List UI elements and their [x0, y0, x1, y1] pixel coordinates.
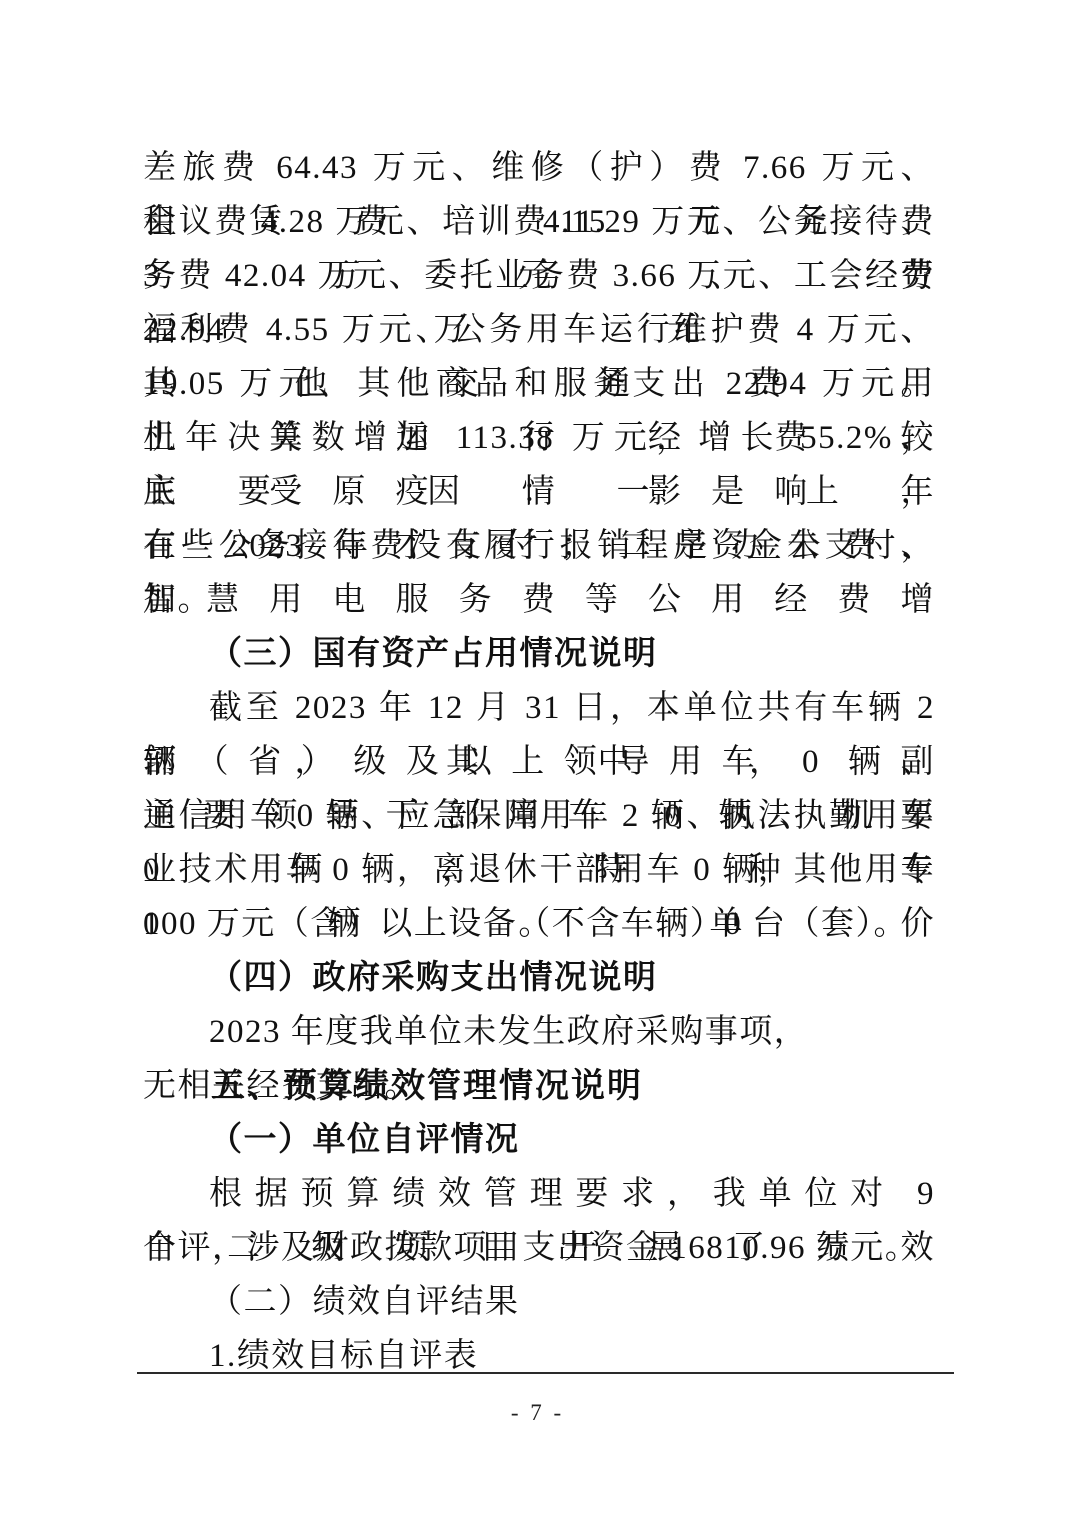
- paragraph-line: 上年决算数增加 113.38 万元，增长 55.2%，主要原因：一是上年: [143, 411, 935, 465]
- heading-subsection-two: （二）绩效自评结果: [143, 1275, 935, 1329]
- paragraph-line: 业技术用车 0 辆，离退休干部用车 0 辆，其他用车 0 辆。单价: [143, 843, 935, 897]
- footer-divider: [137, 1372, 954, 1374]
- paragraph-line: 在 2023 年才支付；二是办公费、智慧用电服务费等公用经费增: [143, 519, 935, 573]
- paragraph-line: 自评，涉及财政拨款项目支出资金 16810.96 万元。: [143, 1221, 935, 1275]
- paragraph-line: 务费 42.04 万元、委托业务费 3.66 万元、工会经费 22.94 万元、: [143, 249, 935, 303]
- heading-subsection-one: （一）单位自评情况: [143, 1113, 935, 1167]
- paragraph-line: 截至 2023 年 12 月 31 日，本单位共有车辆 2 辆，其中，副: [143, 681, 935, 735]
- document-page: 差旅费 64.43 万元、维修（护）费 7.66 万元、租赁费 4.15 万元、…: [0, 0, 1075, 1520]
- paragraph-line: 100 万元（含）以上设备（不含车辆）0 台（套）。: [143, 897, 935, 951]
- paragraph-line: 会议费 4.28 万元、培训费 11.29 万元、公务接待费 3 万元、劳: [143, 195, 935, 249]
- paragraph-line: 差旅费 64.43 万元、维修（护）费 7.66 万元、租赁费 4.15 万元、: [143, 141, 935, 195]
- paragraph-line: 通信用车 0 辆、应急保障用车 2 辆、执法执勤用车 0 辆，特种专: [143, 789, 935, 843]
- paragraph-line: 部（省）级及以上领导用车 0 辆、主要领导干部用车 0 辆、机要: [143, 735, 935, 789]
- paragraph-line: 2023 年度我单位未发生政府采购事项，无相关经费支出。: [143, 1005, 935, 1059]
- heading-section-three: （三）国有资产占用情况说明: [143, 627, 935, 681]
- paragraph-line: 福利费 4.55 万元、公务用车运行维护费 4 万元、其他交通费用: [143, 303, 935, 357]
- page-body: 差旅费 64.43 万元、维修（护）费 7.66 万元、租赁费 4.15 万元、…: [143, 141, 935, 1383]
- page-number: - 7 -: [0, 1400, 1075, 1426]
- heading-section-four: （四）政府采购支出情况说明: [143, 951, 935, 1005]
- heading-part-five: 五、预算绩效管理情况说明: [143, 1059, 935, 1113]
- paragraph-line: 根据预算绩效管理要求，我单位对 9 个二级项目开展了绩效: [143, 1167, 935, 1221]
- paragraph-line: 底受疫情影响，有些公务接待费没有履行报销程序资金未支付，: [143, 465, 935, 519]
- list-item-heading: 1.绩效目标自评表: [143, 1329, 935, 1383]
- paragraph-line: 19.05 万元、其他商品和服务支出 22.94 万元。机关运行经费较: [143, 357, 935, 411]
